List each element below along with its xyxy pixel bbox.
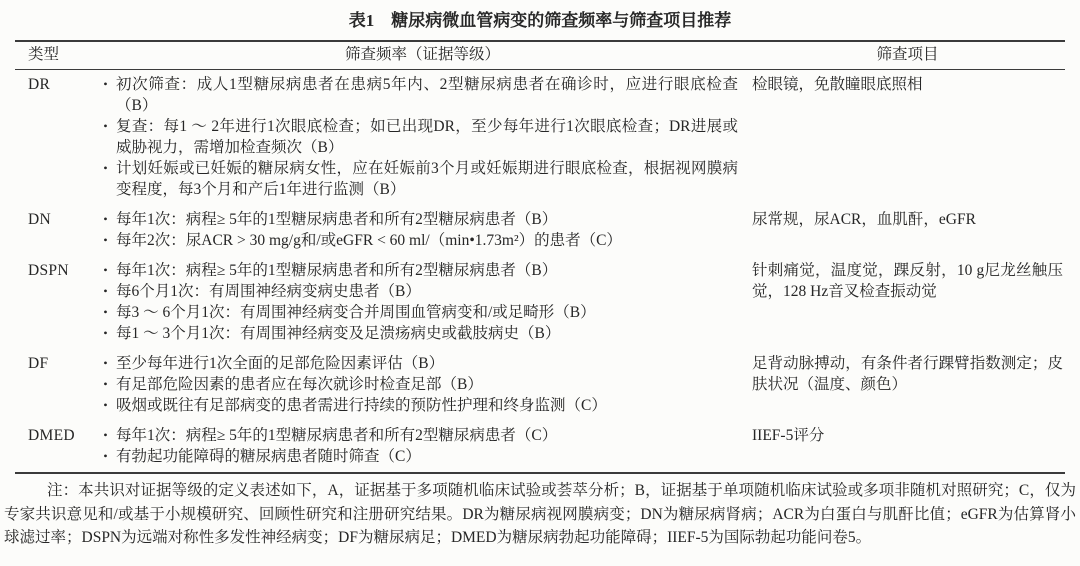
frequency-item-text: 复查：每1 ～ 2年进行1次眼底检查；如已出现DR，至少每年进行1次眼底检查；D… bbox=[116, 116, 738, 158]
bullet-icon: • bbox=[95, 302, 116, 323]
frequency-item: •每3 ～ 6个月1次：有周围神经病变合并周围血管病变和/或足畸形（B） bbox=[95, 302, 738, 323]
frequency-cell: •至少每年进行1次全面的足部危险因素评估（B）•有足部危险因素的患者应在每次就诊… bbox=[95, 349, 750, 421]
bullet-icon: • bbox=[95, 260, 116, 281]
bullet-icon: • bbox=[95, 209, 116, 230]
frequency-cell: •每年1次：病程≥ 5年的1型糖尿病患者和所有2型糖尿病患者（B）•每年2次：尿… bbox=[95, 205, 750, 256]
type-cell: DMED bbox=[15, 421, 95, 473]
bullet-icon: • bbox=[95, 116, 116, 158]
frequency-item: •每年1次：病程≥ 5年的1型糖尿病患者和所有2型糖尿病患者（B） bbox=[95, 260, 738, 281]
frequency-cell: •初次筛查：成人1型糖尿病患者在患病5年内、2型糖尿病患者在确诊时，应进行眼底检… bbox=[95, 70, 750, 206]
table-row: DR•初次筛查：成人1型糖尿病患者在患病5年内、2型糖尿病患者在确诊时，应进行眼… bbox=[15, 70, 1065, 206]
table-row: DN•每年1次：病程≥ 5年的1型糖尿病患者和所有2型糖尿病患者（B）•每年2次… bbox=[15, 205, 1065, 256]
frequency-item: •每年1次：病程≥ 5年的1型糖尿病患者和所有2型糖尿病患者（C） bbox=[95, 425, 738, 446]
frequency-item: •有勃起功能障碍的糖尿病患者随时筛查（C） bbox=[95, 446, 738, 467]
frequency-item-text: 每6个月1次：有周围神经病变病史患者（B） bbox=[116, 281, 738, 302]
type-cell: DR bbox=[15, 70, 95, 206]
frequency-item-text: 初次筛查：成人1型糖尿病患者在患病5年内、2型糖尿病患者在确诊时，应进行眼底检查… bbox=[116, 74, 738, 116]
frequency-item: •每6个月1次：有周围神经病变病史患者（B） bbox=[95, 281, 738, 302]
items-cell: 足背动脉搏动，有条件者行踝臂指数测定；皮肤状况（温度、颜色） bbox=[750, 349, 1065, 421]
column-header-frequency: 筛查频率（证据等级） bbox=[95, 41, 750, 70]
table-row: DMED•每年1次：病程≥ 5年的1型糖尿病患者和所有2型糖尿病患者（C）•有勃… bbox=[15, 421, 1065, 473]
frequency-item-text: 每年1次：病程≥ 5年的1型糖尿病患者和所有2型糖尿病患者（C） bbox=[116, 425, 738, 446]
frequency-item-text: 每年1次：病程≥ 5年的1型糖尿病患者和所有2型糖尿病患者（B） bbox=[116, 260, 738, 281]
table-row: DSPN•每年1次：病程≥ 5年的1型糖尿病患者和所有2型糖尿病患者（B）•每6… bbox=[15, 256, 1065, 349]
items-cell: 检眼镜，免散瞳眼底照相 bbox=[750, 70, 1065, 206]
bullet-icon: • bbox=[95, 425, 116, 446]
frequency-cell: •每年1次：病程≥ 5年的1型糖尿病患者和所有2型糖尿病患者（C）•有勃起功能障… bbox=[95, 421, 750, 473]
frequency-item: •初次筛查：成人1型糖尿病患者在患病5年内、2型糖尿病患者在确诊时，应进行眼底检… bbox=[95, 74, 738, 116]
frequency-item-text: 每3 ～ 6个月1次：有周围神经病变合并周围血管病变和/或足畸形（B） bbox=[116, 302, 738, 323]
items-cell: 针刺痛觉，温度觉，踝反射，10 g尼龙丝触压觉，128 Hz音叉检查振动觉 bbox=[750, 256, 1065, 349]
bullet-icon: • bbox=[95, 446, 116, 467]
column-header-items: 筛查项目 bbox=[750, 41, 1065, 70]
bullet-icon: • bbox=[95, 395, 116, 416]
frequency-item: •计划妊娠或已妊娠的糖尿病女性，应在妊娠前3个月或妊娠期进行眼底检查，根据视网膜… bbox=[95, 158, 738, 200]
frequency-item-text: 每1 ～ 3个月1次：有周围神经病变及足溃疡病史或截肢病史（B） bbox=[116, 323, 738, 344]
frequency-item-text: 至少每年进行1次全面的足部危险因素评估（B） bbox=[116, 353, 738, 374]
bullet-icon: • bbox=[95, 323, 116, 344]
column-header-type: 类型 bbox=[15, 41, 95, 70]
frequency-item-text: 有勃起功能障碍的糖尿病患者随时筛查（C） bbox=[116, 446, 738, 467]
frequency-item: •吸烟或既往有足部病变的患者需进行持续的预防性护理和终身监测（C） bbox=[95, 395, 738, 416]
table-header: 类型 筛查频率（证据等级） 筛查项目 bbox=[15, 41, 1065, 70]
frequency-item-text: 计划妊娠或已妊娠的糖尿病女性，应在妊娠前3个月或妊娠期进行眼底检查，根据视网膜病… bbox=[116, 158, 738, 200]
frequency-item-text: 每年2次：尿ACR > 30 mg/g和/或eGFR < 60 ml/（min•… bbox=[116, 230, 738, 251]
frequency-item: •复查：每1 ～ 2年进行1次眼底检查；如已出现DR，至少每年进行1次眼底检查；… bbox=[95, 116, 738, 158]
type-cell: DSPN bbox=[15, 256, 95, 349]
bullet-icon: • bbox=[95, 281, 116, 302]
screening-table-body: DR•初次筛查：成人1型糖尿病患者在患病5年内、2型糖尿病患者在确诊时，应进行眼… bbox=[15, 70, 1065, 474]
frequency-item: •有足部危险因素的患者应在每次就诊时检查足部（B） bbox=[95, 374, 738, 395]
type-cell: DN bbox=[15, 205, 95, 256]
frequency-item-text: 吸烟或既往有足部病变的患者需进行持续的预防性护理和终身监测（C） bbox=[116, 395, 738, 416]
frequency-item: •每年2次：尿ACR > 30 mg/g和/或eGFR < 60 ml/（min… bbox=[95, 230, 738, 251]
frequency-item: •每年1次：病程≥ 5年的1型糖尿病患者和所有2型糖尿病患者（B） bbox=[95, 209, 738, 230]
bullet-icon: • bbox=[95, 353, 116, 374]
table-row: DF•至少每年进行1次全面的足部危险因素评估（B）•有足部危险因素的患者应在每次… bbox=[15, 349, 1065, 421]
frequency-item: •每1 ～ 3个月1次：有周围神经病变及足溃疡病史或截肢病史（B） bbox=[95, 323, 738, 344]
bullet-icon: • bbox=[95, 74, 116, 116]
footnote: 注：本共识对证据等级的定义表述如下，A，证据基于多项随机临床试验或荟萃分析；B，… bbox=[4, 479, 1076, 550]
frequency-item: •至少每年进行1次全面的足部危险因素评估（B） bbox=[95, 353, 738, 374]
frequency-cell: •每年1次：病程≥ 5年的1型糖尿病患者和所有2型糖尿病患者（B）•每6个月1次… bbox=[95, 256, 750, 349]
bullet-icon: • bbox=[95, 158, 116, 200]
table-title: 表1 糖尿病微血管病变的筛查频率与筛查项目推荐 bbox=[0, 0, 1080, 33]
items-cell: IIEF-5评分 bbox=[750, 421, 1065, 473]
frequency-item-text: 有足部危险因素的患者应在每次就诊时检查足部（B） bbox=[116, 374, 738, 395]
frequency-item-text: 每年1次：病程≥ 5年的1型糖尿病患者和所有2型糖尿病患者（B） bbox=[116, 209, 738, 230]
type-cell: DF bbox=[15, 349, 95, 421]
bullet-icon: • bbox=[95, 374, 116, 395]
document-page: 表1 糖尿病微血管病变的筛查频率与筛查项目推荐 类型 筛查频率（证据等级） 筛查… bbox=[0, 0, 1080, 566]
items-cell: 尿常规，尿ACR，血肌酐，eGFR bbox=[750, 205, 1065, 256]
screening-table: 类型 筛查频率（证据等级） 筛查项目 DR•初次筛查：成人1型糖尿病患者在患病5… bbox=[15, 40, 1065, 474]
bullet-icon: • bbox=[95, 230, 116, 251]
